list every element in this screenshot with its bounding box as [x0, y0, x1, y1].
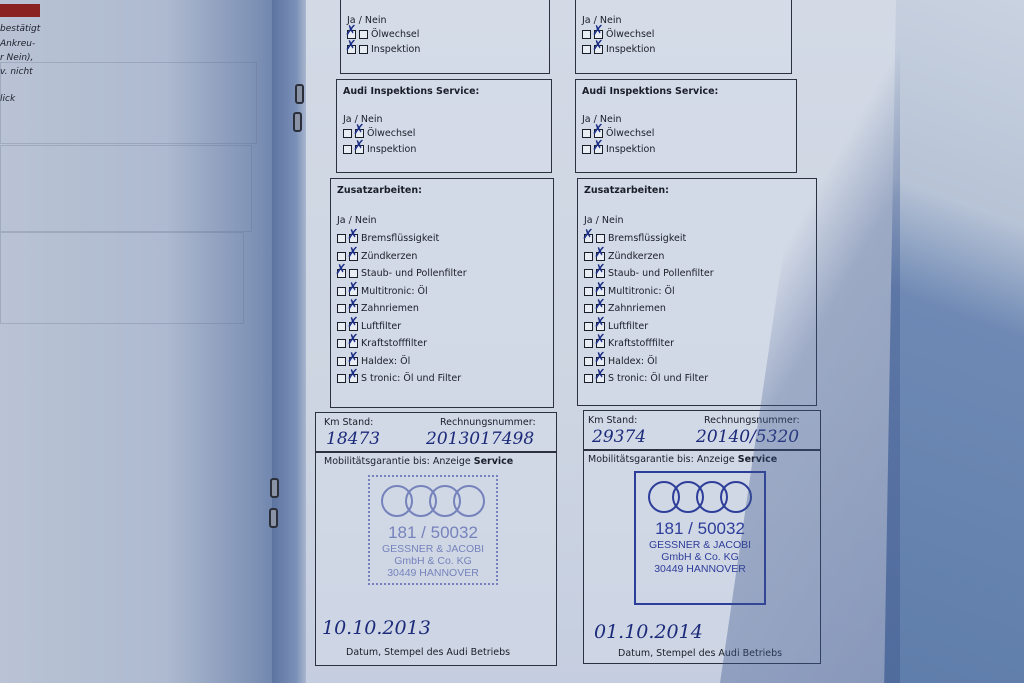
nein-checkbox[interactable]: [596, 374, 605, 383]
checklist-label: S tronic: Öl und Filter: [361, 373, 461, 384]
checklist-label: Inspektion: [371, 44, 420, 55]
ja-checkbox[interactable]: [337, 339, 346, 348]
nein-checkbox[interactable]: [594, 145, 603, 154]
divider: [316, 451, 556, 453]
ja-checkbox[interactable]: [584, 374, 593, 383]
service-box-top-left: Ja / Nein ÖlwechselInspektion: [340, 0, 550, 74]
service-box-top-right: Ja / Nein ÖlwechselInspektion: [575, 0, 792, 74]
checklist-label: Bremsflüssigkeit: [361, 233, 439, 244]
checklist-row: Zündkerzen: [337, 251, 417, 262]
inspection-box-right: Audi Inspektions Service: Ja / Nein Ölwe…: [575, 79, 797, 173]
nein-checkbox[interactable]: [349, 287, 358, 296]
nein-checkbox[interactable]: [359, 45, 368, 54]
ja-checkbox[interactable]: [347, 45, 356, 54]
invoice-label: Rechnungsnummer:: [440, 417, 536, 428]
ja-checkbox[interactable]: [584, 322, 593, 331]
extra-work-title: Zusatzarbeiten:: [337, 185, 422, 196]
ja-checkbox[interactable]: [584, 304, 593, 313]
service-date: 10.10.2013: [322, 617, 431, 639]
ja-checkbox[interactable]: [343, 145, 352, 154]
nein-checkbox[interactable]: [596, 304, 605, 313]
ja-checkbox[interactable]: [337, 252, 346, 261]
ghost-box: [0, 62, 257, 144]
ja-checkbox[interactable]: [343, 129, 352, 138]
nein-checkbox[interactable]: [355, 145, 364, 154]
ja-nein-header: Ja / Nein: [337, 215, 376, 226]
inspection-box-left: Audi Inspektions Service: Ja / Nein Ölwe…: [336, 79, 552, 173]
checklist-label: Ölwechsel: [606, 128, 654, 139]
service-date: 01.10.2014: [594, 621, 703, 643]
checklist-row: Zahnriemen: [584, 303, 666, 314]
staple: [269, 508, 278, 528]
stamp-footer: Datum, Stempel des Audi Betriebs: [346, 647, 510, 658]
nein-checkbox[interactable]: [349, 357, 358, 366]
left-text-fragment: bestätigt: [0, 22, 40, 37]
ja-checkbox[interactable]: [337, 357, 346, 366]
km-value: 18473: [326, 429, 380, 449]
ja-checkbox[interactable]: [337, 322, 346, 331]
checklist-label: Zündkerzen: [361, 251, 417, 262]
checklist-label: Haldex: Öl: [361, 356, 410, 367]
checklist-label: Ölwechsel: [371, 29, 419, 40]
checklist-row: Staub- und Pollenfilter: [337, 268, 467, 279]
inspection-title: Audi Inspektions Service:: [343, 86, 479, 97]
nein-checkbox[interactable]: [596, 357, 605, 366]
km-label: Km Stand:: [324, 417, 373, 428]
checklist-row: Multitronic: Öl: [584, 286, 675, 297]
ja-checkbox[interactable]: [582, 30, 591, 39]
checklist-row: Zahnriemen: [337, 303, 419, 314]
mobility-label: Mobilitätsgarantie bis: Anzeige Service: [588, 454, 777, 465]
checklist-label: Ölwechsel: [367, 128, 415, 139]
nein-checkbox[interactable]: [596, 339, 605, 348]
left-page: bestätigt Ankreu- r Nein), v. nicht lick: [0, 0, 300, 683]
checklist-label: Inspektion: [606, 144, 655, 155]
checklist-label: Kraftstofffilter: [608, 338, 674, 349]
checklist-label: Zahnriemen: [361, 303, 419, 314]
ja-checkbox[interactable]: [337, 287, 346, 296]
extra-work-box-left: Zusatzarbeiten: Ja / Nein Bremsflüssigke…: [330, 178, 554, 408]
ghost-box: [0, 145, 252, 232]
checklist-label: Haldex: Öl: [608, 356, 657, 367]
checklist-row: S tronic: Öl und Filter: [584, 373, 708, 384]
ja-checkbox[interactable]: [337, 374, 346, 383]
ghost-box: [0, 232, 244, 324]
nein-checkbox[interactable]: [349, 234, 358, 243]
nein-checkbox[interactable]: [349, 304, 358, 313]
nein-checkbox[interactable]: [349, 374, 358, 383]
checklist-row: Ölwechsel: [347, 29, 419, 40]
checklist-row: Luftfilter: [337, 321, 401, 332]
nein-checkbox[interactable]: [349, 252, 358, 261]
audi-rings-icon: [370, 485, 496, 517]
nein-checkbox[interactable]: [594, 45, 603, 54]
checklist-label: Bremsflüssigkeit: [608, 233, 686, 244]
ja-checkbox[interactable]: [584, 252, 593, 261]
red-header-bar: [0, 4, 40, 17]
ja-checkbox[interactable]: [582, 129, 591, 138]
checklist-row: Zündkerzen: [584, 251, 664, 262]
checklist-row: Haldex: Öl: [584, 356, 657, 367]
ja-checkbox[interactable]: [337, 269, 346, 278]
mobility-label: Mobilitätsgarantie bis: Anzeige Service: [324, 456, 513, 467]
checklist-label: Multitronic: Öl: [361, 286, 428, 297]
checklist-row: Inspektion: [347, 44, 420, 55]
checklist-label: Staub- und Pollenfilter: [608, 268, 714, 279]
staple: [293, 112, 302, 132]
ja-checkbox[interactable]: [584, 287, 593, 296]
inspection-title: Audi Inspektions Service:: [582, 86, 718, 97]
nein-checkbox[interactable]: [596, 234, 605, 243]
checklist-label: Ölwechsel: [606, 29, 654, 40]
ja-checkbox[interactable]: [584, 234, 593, 243]
audi-rings-icon: [636, 481, 764, 513]
checklist-label: Staub- und Pollenfilter: [361, 268, 467, 279]
checklist-label: S tronic: Öl und Filter: [608, 373, 708, 384]
nein-checkbox[interactable]: [596, 322, 605, 331]
checklist-row: Inspektion: [582, 144, 655, 155]
ja-checkbox[interactable]: [337, 234, 346, 243]
checklist-row: Bremsflüssigkeit: [337, 233, 439, 244]
nein-checkbox[interactable]: [349, 339, 358, 348]
checklist-label: Inspektion: [367, 144, 416, 155]
checklist-label: Luftfilter: [608, 321, 648, 332]
checklist-label: Luftfilter: [361, 321, 401, 332]
checklist-row: Kraftstofffilter: [584, 338, 674, 349]
km-label: Km Stand:: [588, 415, 637, 426]
dealer-stamp: 181 / 50032 GESSNER & JACOBI GmbH & Co. …: [368, 475, 498, 585]
ja-checkbox[interactable]: [337, 304, 346, 313]
nein-checkbox[interactable]: [349, 322, 358, 331]
ja-checkbox[interactable]: [584, 357, 593, 366]
left-text-fragment: Ankreu-: [0, 37, 35, 52]
ja-nein-header: Ja / Nein: [584, 215, 623, 226]
nein-checkbox[interactable]: [594, 129, 603, 138]
checklist-row: S tronic: Öl und Filter: [337, 373, 461, 384]
nein-checkbox[interactable]: [349, 269, 358, 278]
nein-checkbox[interactable]: [596, 269, 605, 278]
checklist-row: Multitronic: Öl: [337, 286, 428, 297]
nein-checkbox[interactable]: [596, 287, 605, 296]
checklist-row: Inspektion: [582, 44, 655, 55]
nein-checkbox[interactable]: [596, 252, 605, 261]
nein-checkbox[interactable]: [359, 30, 368, 39]
checklist-label: Kraftstofffilter: [361, 338, 427, 349]
checklist-label: Zündkerzen: [608, 251, 664, 262]
checklist-row: Inspektion: [343, 144, 416, 155]
checklist-label: Inspektion: [606, 44, 655, 55]
staple: [295, 84, 304, 104]
invoice-value: 2013017498: [426, 429, 534, 449]
ja-checkbox[interactable]: [582, 45, 591, 54]
checklist-row: Luftfilter: [584, 321, 648, 332]
checklist-row: Haldex: Öl: [337, 356, 410, 367]
checklist-label: Zahnriemen: [608, 303, 666, 314]
checklist-row: Staub- und Pollenfilter: [584, 268, 714, 279]
checklist-row: Kraftstofffilter: [337, 338, 427, 349]
km-value: 29374: [592, 427, 646, 447]
service-record-left: Km Stand: Rechnungsnummer: 18473 2013017…: [315, 412, 557, 666]
nein-checkbox[interactable]: [355, 129, 364, 138]
staple: [270, 478, 279, 498]
ja-checkbox[interactable]: [584, 339, 593, 348]
ja-checkbox[interactable]: [584, 269, 593, 278]
checklist-row: Bremsflüssigkeit: [584, 233, 686, 244]
ja-checkbox[interactable]: [582, 145, 591, 154]
extra-work-title: Zusatzarbeiten:: [584, 185, 669, 196]
checklist-label: Multitronic: Öl: [608, 286, 675, 297]
